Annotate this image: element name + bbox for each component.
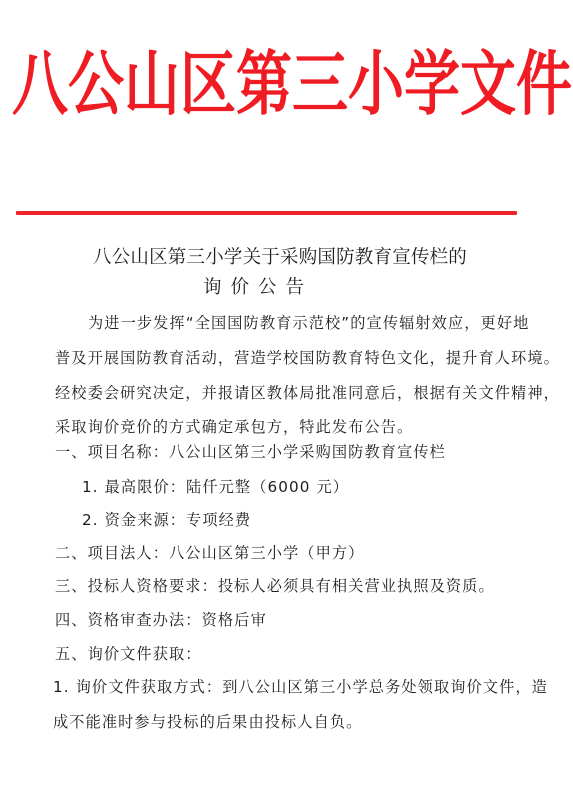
intro-line-3: 经校委会研究决定，并报请区教体局批准同意后，根据有关文件精神， (55, 382, 560, 404)
header-red-rule (16, 211, 517, 215)
section-4-review-method: 四、资格审查办法：资格后审 (55, 609, 267, 631)
header-char: 件 (516, 34, 572, 134)
header-char: 区 (180, 34, 236, 134)
intro-line-2: 普及开展国防教育活动，营造学校国防教育特色文化，提升育人环境。 (55, 347, 560, 369)
notice-title-line-1: 八公山区第三小学关于采购国防教育宣传栏的 (93, 246, 467, 270)
header-char: 公 (68, 34, 124, 134)
header-char: 八 (12, 34, 68, 134)
header-char: 第 (236, 34, 292, 134)
section-5-item-1-line-2: 成不能准时参与投标的后果由投标人自负。 (53, 711, 362, 733)
intro-line-1: 为进一步发挥“全国国防教育示范校”的宣传辐射效应，更好地 (88, 312, 529, 334)
header-char: 小 (348, 34, 404, 134)
header-char: 山 (124, 34, 180, 134)
header-char: 文 (460, 34, 516, 134)
document-header-title: 八 公 山 区 第 三 小 学 文 件 (12, 44, 548, 124)
header-char: 学 (404, 34, 460, 134)
notice-title-line-2: 询价公告 (203, 276, 313, 300)
section-1-project-name: 一、项目名称：八公山区第三小学采购国防教育宣传栏 (55, 441, 446, 463)
section-1-max-price: 1. 最高限价：陆仟元整（6000 元） (82, 476, 349, 498)
section-5-item-1-line-1: 1. 询价文件获取方式：到八公山区第三小学总务处领取询价文件，造 (53, 676, 548, 698)
section-1-funding-source: 2. 资金来源：专项经费 (82, 509, 251, 531)
section-3-bidder-qualification: 三、投标人资格要求：投标人必须具有相关营业执照及资质。 (55, 575, 495, 597)
section-5-document-acquisition: 五、询价文件获取： (55, 643, 202, 665)
intro-line-4: 采取询价竞价的方式确定承包方，特此发布公告。 (55, 416, 413, 438)
header-char: 三 (292, 34, 348, 134)
section-2-project-owner: 二、项目法人：八公山区第三小学（甲方） (55, 542, 364, 564)
